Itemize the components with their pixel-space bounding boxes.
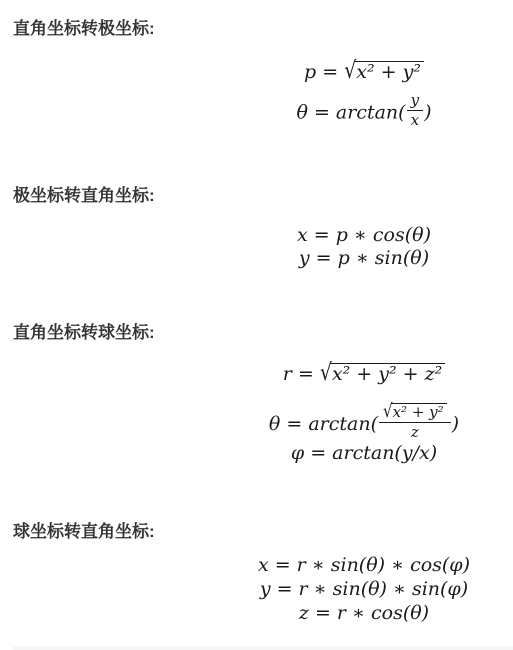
formula-text: y = p ∗ sin(θ) (299, 247, 429, 269)
heading-cartesian-to-polar: 直角坐标转极坐标: (13, 19, 155, 39)
radicand: x² + y² (391, 403, 447, 420)
radical-sign: √ (344, 57, 356, 84)
sqrt-expression: √x² + y² (383, 403, 447, 421)
radicand: x² + y² (354, 61, 424, 82)
formula-theta-equals-arctan-frac: θ = arctan(√x² + y²z) (14, 406, 513, 444)
fraction: yx (407, 92, 423, 129)
heading-cartesian-to-spherical: 直角坐标转球坐标: (13, 323, 155, 343)
radical-sign: √ (320, 359, 332, 386)
formula-p-equals-sqrt: p = √x² + y² (14, 61, 513, 83)
radicand: x² + y² + z² (330, 363, 445, 384)
formula-lhs: θ = arctan( (296, 102, 405, 124)
formula-theta-equals-arctan: θ = arctan(yx) (14, 95, 513, 132)
heading-spherical-to-cartesian: 球坐标转直角坐标: (13, 522, 155, 542)
formula-r-equals-sqrt: r = √x² + y² + z² (14, 363, 513, 385)
sqrt-expression: √x² + y² + z² (320, 363, 445, 385)
fraction-numerator: y (407, 92, 423, 111)
formula-rhs: ) (424, 102, 431, 124)
formula-text: φ = arctan(y/x) (291, 442, 437, 464)
formula-text: y = r ∗ sin(θ) ∗ sin(φ) (260, 578, 468, 600)
formula-lhs: θ = arctan( (269, 413, 378, 435)
formula-rhs: ) (452, 413, 459, 435)
formula-z-equals-r-cos: z = r ∗ cos(θ) (14, 602, 513, 624)
fraction-denominator: x (407, 111, 423, 129)
sqrt-expression: √x² + y² (344, 61, 424, 83)
formula-text: x = r ∗ sin(θ) ∗ cos(φ) (258, 554, 470, 576)
formula-text: x = p ∗ cos(θ) (297, 224, 431, 246)
fraction: √x² + y²z (379, 403, 451, 441)
next-block-top-edge (13, 646, 513, 650)
article-content: 直角坐标转极坐标: p = √x² + y² θ = arctan(yx) 极坐… (0, 0, 513, 650)
radical-sign: √ (383, 401, 393, 422)
formula-lhs: r = (283, 363, 320, 385)
fraction-denominator: z (379, 423, 451, 441)
formula-y-equals-r-sin-sin: y = r ∗ sin(θ) ∗ sin(φ) (14, 578, 513, 600)
heading-polar-to-cartesian: 极坐标转直角坐标: (13, 186, 155, 206)
formula-x-equals-r-sin-cos: x = r ∗ sin(θ) ∗ cos(φ) (14, 554, 513, 576)
formula-phi-equals-arctan: φ = arctan(y/x) (14, 442, 513, 464)
formula-lhs: p = (304, 61, 344, 83)
formula-text: z = r ∗ cos(θ) (299, 602, 429, 624)
formula-y-equals-p-sin: y = p ∗ sin(θ) (14, 247, 513, 269)
fraction-numerator: √x² + y² (379, 403, 451, 423)
formula-x-equals-p-cos: x = p ∗ cos(θ) (14, 224, 513, 246)
